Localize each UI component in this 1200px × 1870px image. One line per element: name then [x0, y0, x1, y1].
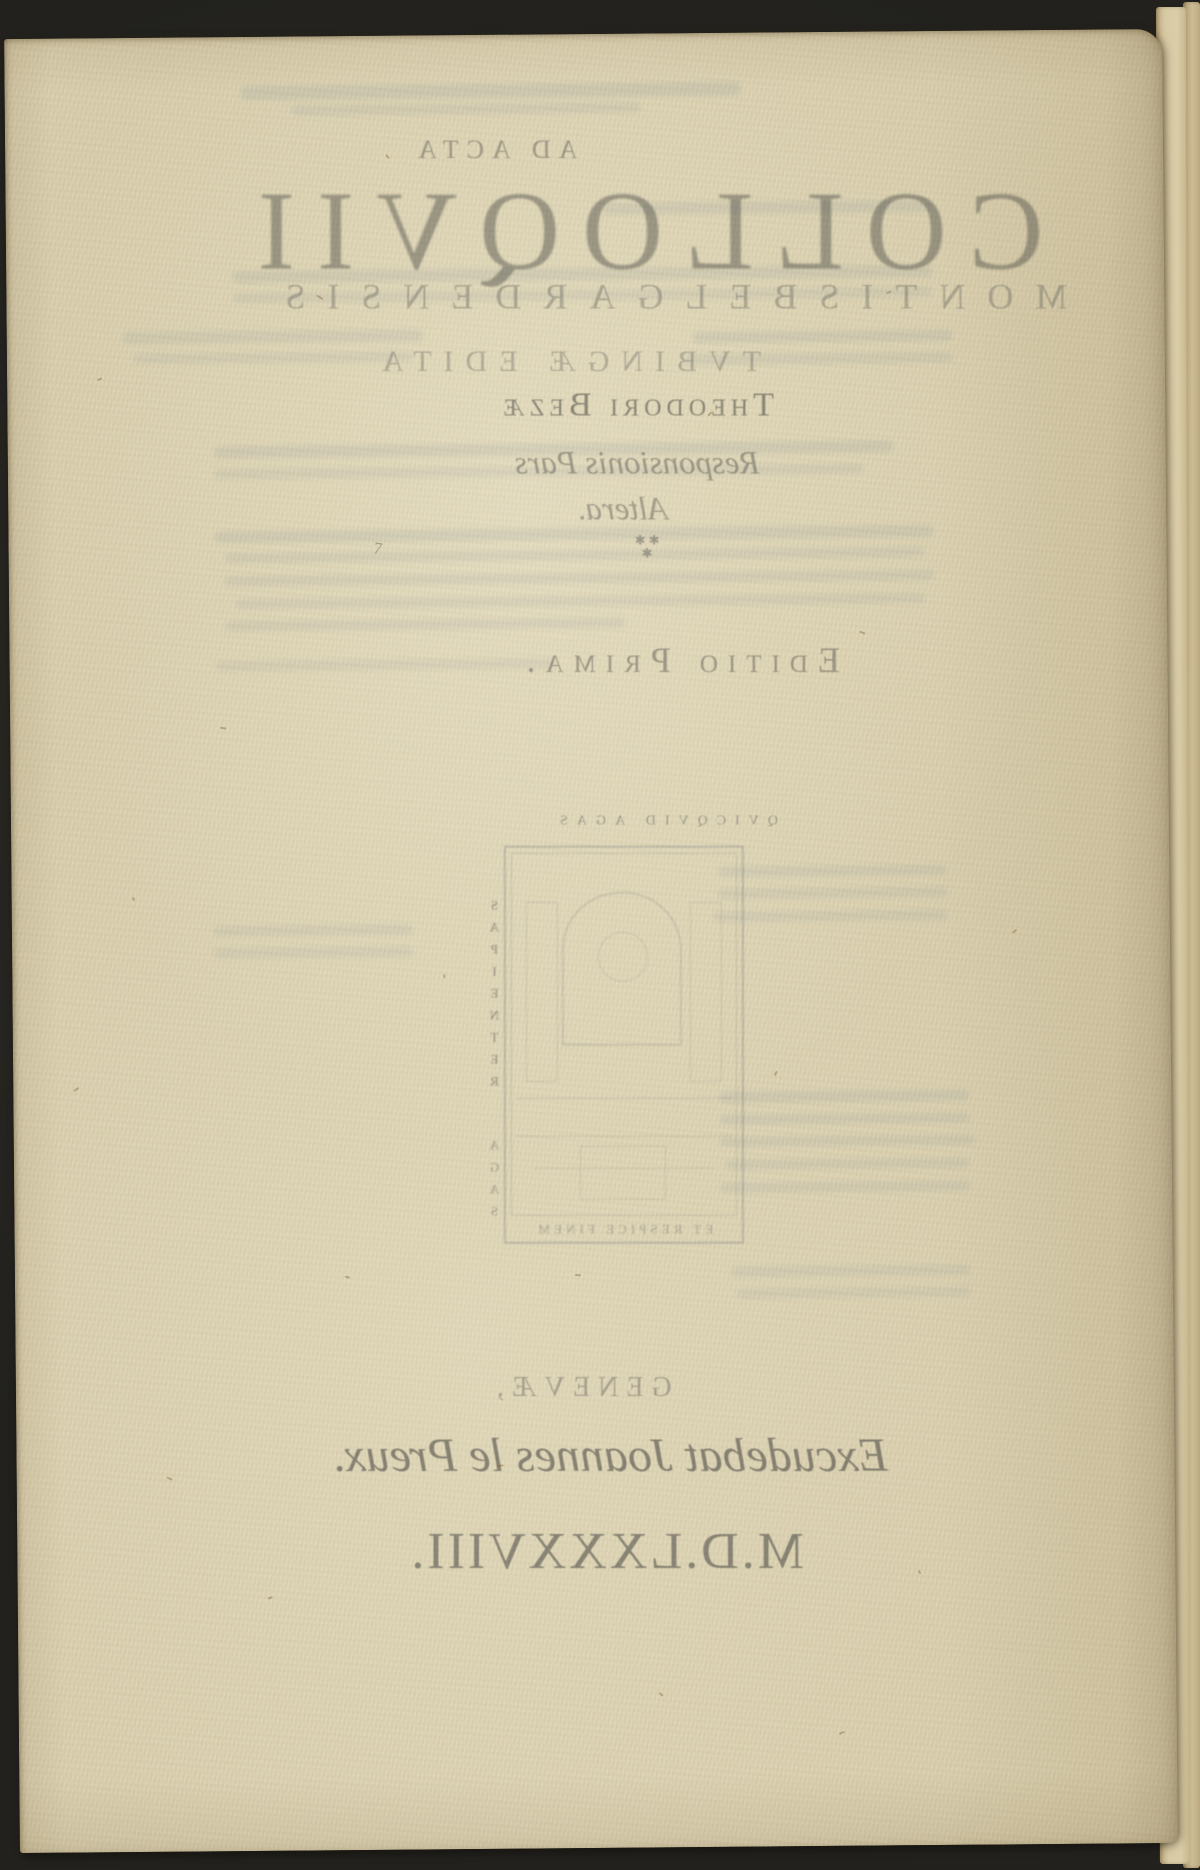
- fibre-fleck: [385, 154, 390, 159]
- imprint-year-line: M.D.LXXXVIII.: [27, 1517, 1178, 1586]
- device-medallion: [598, 932, 648, 982]
- device-arch: [562, 892, 682, 1046]
- fibre-fleck: [268, 1596, 273, 1599]
- showthrough-smudge: [683, 352, 953, 365]
- author-line: Theodori Bezæ: [57, 382, 1178, 430]
- fibre-fleck: [316, 295, 323, 300]
- showthrough-smudges: [4, 29, 1162, 39]
- device-outer-frame: [504, 846, 744, 1244]
- printers-device-engraving: SAPIENTER AGAS ET RESPICE FINEM: [504, 846, 744, 1244]
- device-rule: [534, 1168, 714, 1169]
- printers-device: SAPIENTER AGAS ET RESPICE FINEM: [502, 845, 745, 1245]
- device-motto-bottom: ET RESPICE FINEM: [504, 1222, 744, 1238]
- half-title-line: AD ACTA: [4, 130, 1073, 170]
- fibre-fleck: [1012, 929, 1017, 934]
- fibre-fleck: [575, 1274, 581, 1276]
- fibre-fleck: [73, 1087, 79, 1092]
- device-pedestal: [580, 1146, 666, 1200]
- showthrough-smudge: [720, 1113, 970, 1125]
- device-rule: [516, 1136, 732, 1137]
- paper-fibre-flecks: [4, 29, 1162, 39]
- showthrough-smudge: [225, 547, 925, 563]
- fibre-fleck: [167, 1477, 173, 1481]
- showthrough-smudge: [736, 1287, 971, 1299]
- fibre-fleck: [345, 1276, 350, 1279]
- showthrough-smudge: [216, 658, 556, 671]
- part-line-1: Responsionis Pars: [58, 441, 1178, 488]
- fibre-fleck: [496, 1464, 503, 1467]
- fibre-fleck: [443, 974, 445, 978]
- showthrough-smudge: [713, 910, 948, 922]
- fibre-fleck: [918, 1570, 922, 1574]
- book-page: AD ACTA COLLOQVII MONTISBELGARDENSIS TVB…: [4, 29, 1178, 1853]
- fibre-fleck: [859, 631, 865, 635]
- showthrough-smudge: [602, 200, 932, 215]
- main-title-line: COLLOQVII: [60, 162, 1178, 301]
- device-motto-top: QVICQVID AGAS: [86, 808, 1178, 834]
- stray-ink-mark: 7: [372, 538, 384, 559]
- showthrough-smudge: [693, 330, 953, 343]
- fibre-fleck: [659, 1692, 664, 1697]
- showthrough-smudge: [213, 925, 413, 937]
- tubingae-line: TVBINGÆ EDITA: [4, 340, 1145, 384]
- device-column-left: [690, 902, 722, 1082]
- book-scan: AD ACTA COLLOQVII MONTISBELGARDENSIS TVB…: [0, 0, 1200, 1870]
- showthrough-smudge: [291, 103, 641, 116]
- showthrough-smudge: [225, 618, 625, 631]
- showthrough-smudge: [725, 1158, 970, 1170]
- fibre-fleck: [886, 290, 891, 294]
- showthrough-smudge: [717, 865, 947, 877]
- paper-grain-texture: [4, 29, 1178, 1853]
- showthrough-smudge: [232, 287, 932, 303]
- fibre-fleck: [97, 377, 102, 381]
- showthrough-smudge: [720, 1181, 970, 1193]
- showthrough-smudge: [214, 464, 864, 480]
- showthrough-smudge: [133, 352, 413, 364]
- imprint-printer-line: Excudebat Joannes le Preux.: [31, 1423, 1178, 1488]
- fibre-fleck: [132, 897, 135, 901]
- showthrough-smudge: [720, 1135, 975, 1147]
- part-line-2: Altera.: [43, 487, 1178, 534]
- showthrough-smudge: [225, 570, 935, 586]
- imprint-place-line: GENEVÆ,: [4, 1367, 1159, 1409]
- fibre-fleck: [220, 727, 226, 730]
- showthrough-smudge: [213, 947, 413, 959]
- showthrough-smudge: [232, 265, 932, 283]
- fibre-fleck: [839, 1731, 845, 1735]
- showthrough-smudge: [718, 887, 948, 899]
- device-motto-side-lower: AGAS: [487, 1138, 503, 1226]
- fibre-fleck: [707, 411, 712, 416]
- edition-line: Editio Prima.: [99, 634, 1178, 686]
- showthrough-smudge: [235, 593, 925, 609]
- showthrough-smudge: [241, 82, 741, 100]
- device-column-right: [526, 902, 558, 1082]
- showthrough-smudge: [731, 1265, 971, 1277]
- asterism-ornament: ✱ ✱✱: [68, 528, 1177, 564]
- showthrough-smudge: [719, 1090, 969, 1103]
- showthrough-smudge: [214, 440, 894, 458]
- fibre-fleck: [774, 1071, 778, 1076]
- subtitle-line: MONTISBELGARDENSIS: [86, 270, 1178, 322]
- device-inner-frame: [511, 853, 737, 1216]
- showthrough-smudge: [123, 329, 423, 344]
- device-motto-side-upper: SAPIENTER: [487, 898, 503, 1096]
- device-rule: [516, 1098, 732, 1099]
- showthrough-smudge: [214, 525, 934, 543]
